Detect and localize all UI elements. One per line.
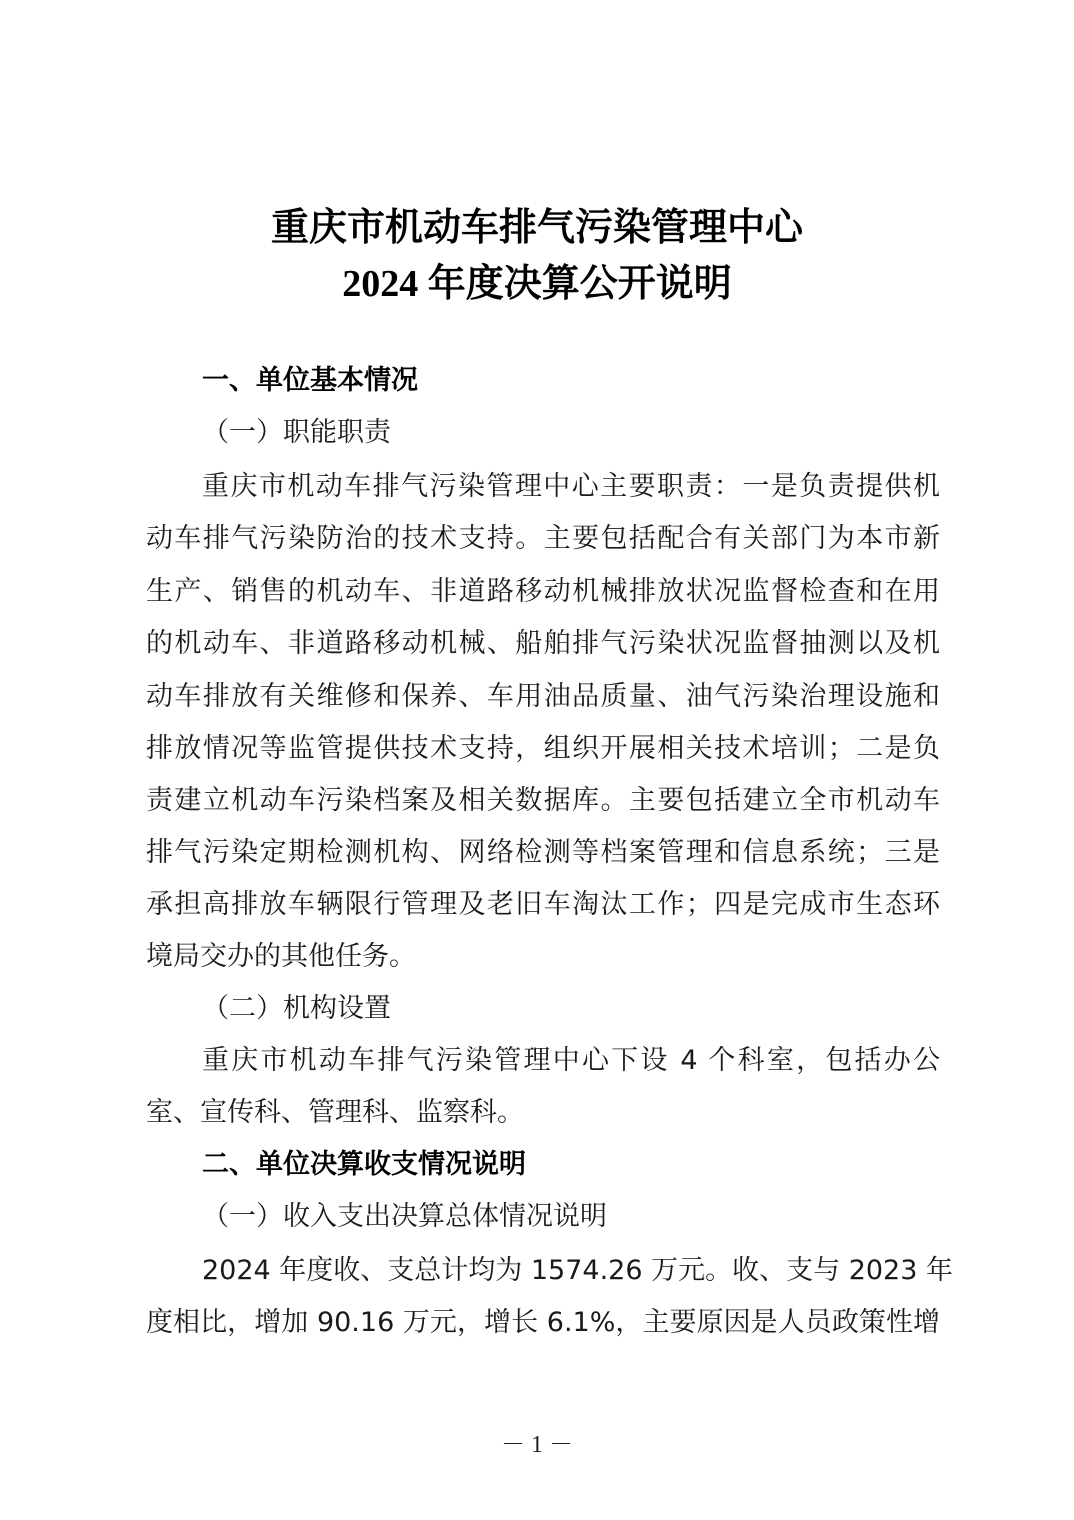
document-title-line1: 重庆市机动车排气污染管理中心 (0, 196, 1074, 251)
paragraph-line: 境局交办的其他任务。 (146, 942, 940, 972)
paragraph-line: 动车排气污染防治的技术支持。主要包括配合有关部门为本市新 (146, 524, 940, 554)
paragraph-line: 重庆市机动车排气污染管理中心下设 4 个科室，包括办公 (202, 1046, 940, 1076)
paragraph-line: 责建立机动车污染档案及相关数据库。主要包括建立全市机动车 (146, 786, 940, 816)
paragraph-line: 2024 年度收、支总计均为 1574.26 万元。收、支与 2023 年 (202, 1256, 940, 1286)
section1-heading: 一、单位基本情况 (202, 366, 940, 396)
page-number: － 1 － (0, 1424, 1074, 1459)
section1-sub1-heading: （一）职能职责 (202, 418, 940, 448)
document-page: 重庆市机动车排气污染管理中心 2024 年度决算公开说明 一、单位基本情况 （一… (0, 0, 1074, 1520)
paragraph-line: 生产、销售的机动车、非道路移动机械排放状况监督检查和在用 (146, 577, 940, 607)
paragraph-line: 动车排放有关维修和保养、车用油品质量、油气污染治理设施和 (146, 682, 940, 712)
section1-sub2-heading: （二）机构设置 (202, 994, 940, 1024)
paragraph-line: 的机动车、非道路移动机械、船舶排气污染状况监督抽测以及机 (146, 629, 940, 659)
paragraph-line: 承担高排放车辆限行管理及老旧车淘汰工作；四是完成市生态环 (146, 890, 940, 920)
paragraph-line: 排放情况等监管提供技术支持，组织开展相关技术培训；二是负 (146, 734, 940, 764)
paragraph-line: 重庆市机动车排气污染管理中心主要职责：一是负责提供机 (202, 472, 940, 502)
paragraph-line: 排气污染定期检测机构、网络检测等档案管理和信息系统；三是 (146, 838, 940, 868)
paragraph-line: 度相比，增加 90.16 万元，增长 6.1%，主要原因是人员政策性增 (146, 1308, 940, 1338)
paragraph-line: 室、宣传科、管理科、监察科。 (146, 1098, 940, 1128)
document-title-line2: 2024 年度决算公开说明 (0, 252, 1074, 307)
section2-sub1-heading: （一）收入支出决算总体情况说明 (202, 1202, 940, 1232)
section2-heading: 二、单位决算收支情况说明 (202, 1150, 940, 1180)
